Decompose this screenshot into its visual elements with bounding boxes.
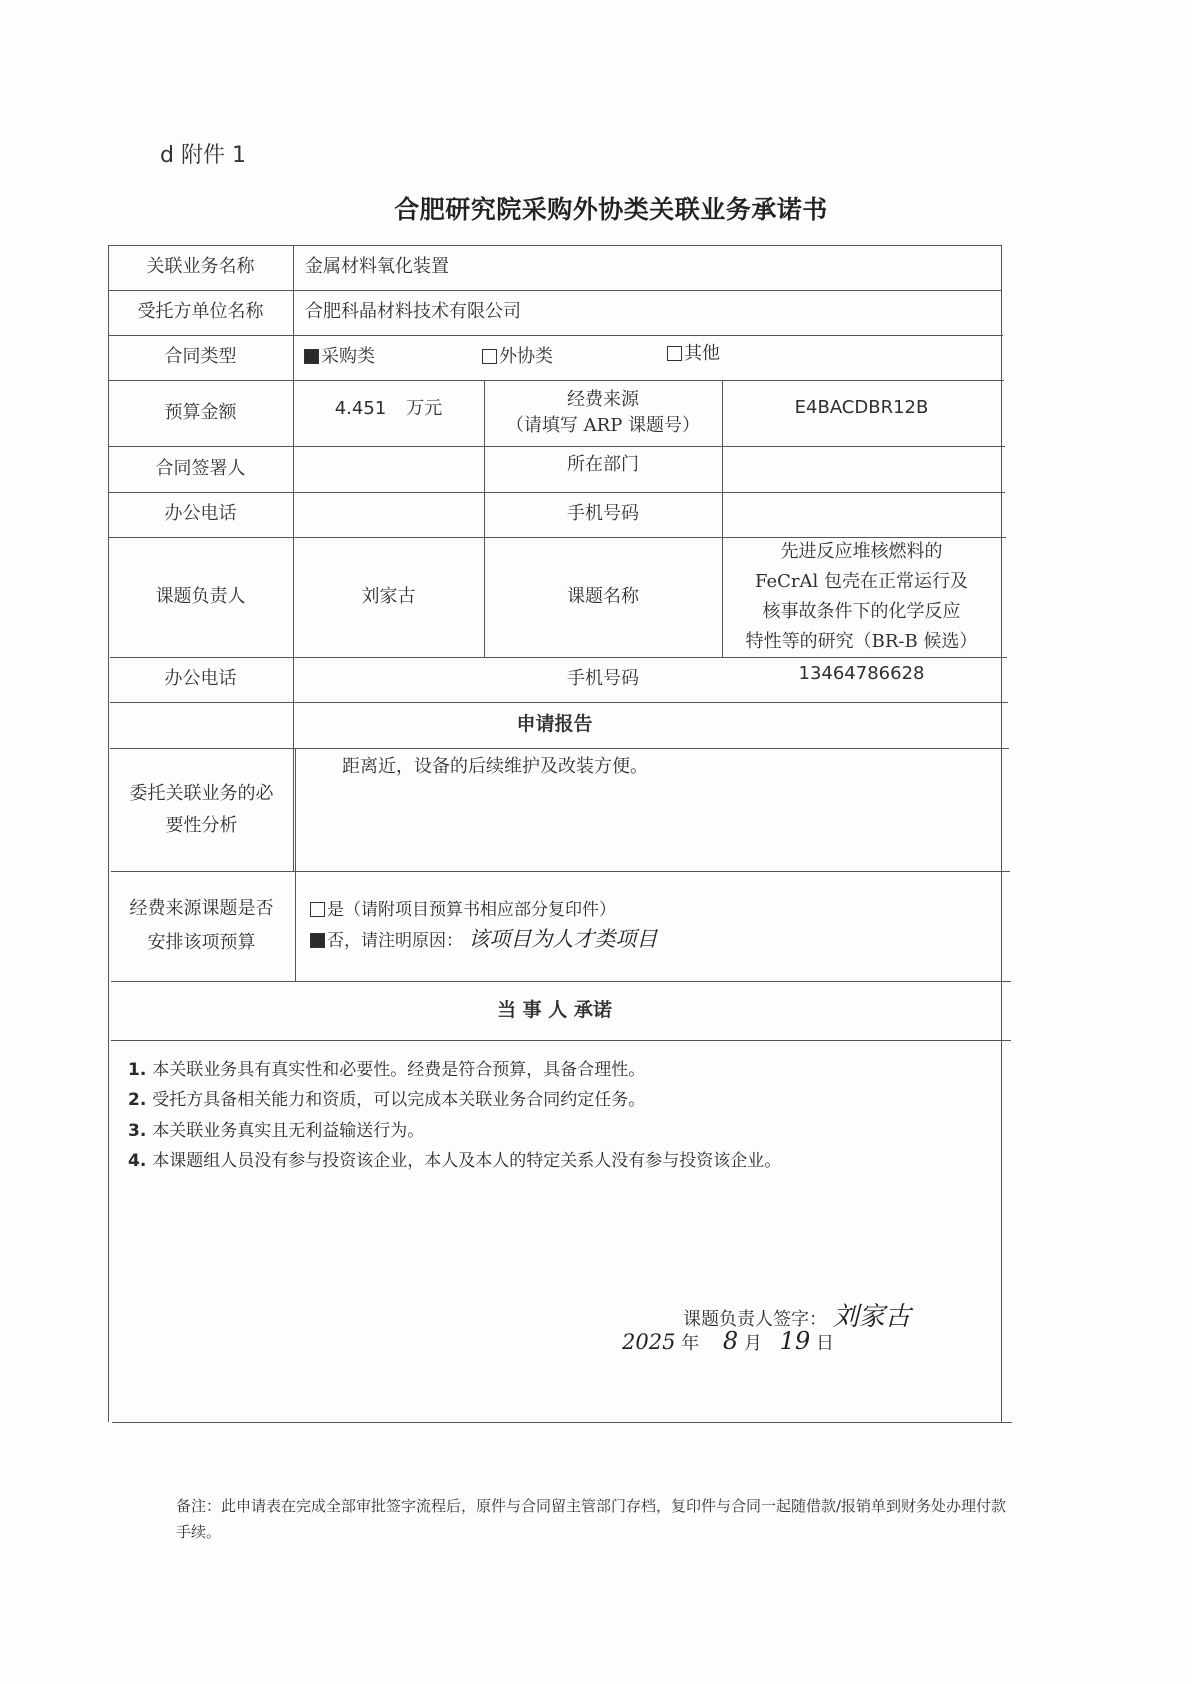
contractor-name-label: 受托方单位名称 xyxy=(108,290,293,335)
project-leader-label: 课题负责人 xyxy=(108,537,293,657)
budget-arranged-yes[interactable]: 是（请附项目预算书相应部分复印件） xyxy=(310,895,616,920)
footnote: 备注：此申请表在完成全部审批签字流程后，原件与合同留主管部门存档，复印件与合同一… xyxy=(176,1493,1016,1545)
contract-signer-value[interactable] xyxy=(293,446,484,492)
budget-arranged-label: 经费来源课题是否 安排该项预算 xyxy=(108,871,295,981)
handwritten-reason: 该项目为人才类项目 xyxy=(468,927,657,951)
budget-unit: 万元 xyxy=(406,396,442,422)
commitment-item: 1.本关联业务具有真实性和必要性。经费是符合预算，具备合理性。 xyxy=(128,1055,645,1080)
budget-amount: 4.451 xyxy=(335,396,387,422)
project-leader-value[interactable]: 刘家古 xyxy=(293,537,484,657)
necessity-label: 委托关联业务的必 要性分析 xyxy=(108,748,295,871)
table-border-bottom xyxy=(112,1422,1012,1423)
commitment-item: 2.受托方具备相关能力和资质，可以完成本关联业务合同约定任务。 xyxy=(128,1085,645,1110)
business-name-value[interactable]: 金属材料氧化装置 xyxy=(293,245,1001,290)
department-label: 所在部门 xyxy=(484,446,722,492)
department-value[interactable] xyxy=(722,446,1001,492)
contract-type-label: 合同类型 xyxy=(108,335,293,380)
mobile-label-1: 手机号码 xyxy=(484,492,722,537)
table-border-right xyxy=(1001,245,1002,1422)
office-phone-value-1[interactable] xyxy=(293,492,484,537)
office-phone-label-2: 办公电话 xyxy=(108,657,293,702)
office-phone-label-1: 办公电话 xyxy=(108,492,293,537)
contract-type-other[interactable]: 其他 xyxy=(667,341,720,367)
contract-type-purchase[interactable]: 采购类 xyxy=(304,344,482,370)
checkbox-checked-icon[interactable] xyxy=(310,933,325,948)
checkbox-unchecked-icon[interactable] xyxy=(310,902,325,917)
checkbox-unchecked-icon[interactable] xyxy=(482,349,497,364)
document-title: 合肥研究院采购外协类关联业务承诺书 xyxy=(0,190,1192,226)
contract-signer-label: 合同签署人 xyxy=(108,446,293,492)
checkbox-checked-icon[interactable] xyxy=(304,349,319,364)
attachment-label: d 附件 1 xyxy=(160,138,246,169)
mobile-value-2[interactable]: 13464786628 xyxy=(722,657,1001,702)
mobile-label-2: 手机号码 xyxy=(484,657,722,702)
budget-value[interactable]: 4.451 万元 xyxy=(293,380,484,446)
budget-arranged-no[interactable]: 否，请注明原因： 该项目为人才类项目 xyxy=(310,923,657,953)
mobile-value-1[interactable] xyxy=(722,492,1001,537)
handwritten-signature: 刘家古 xyxy=(833,1302,911,1332)
office-phone-value-2[interactable] xyxy=(293,657,484,702)
commitment-heading: 当 事 人 承诺 xyxy=(108,981,1001,1040)
contractor-name-value[interactable]: 合肥科晶材料技术有限公司 xyxy=(293,290,1001,335)
necessity-value[interactable]: 距离近，设备的后续维护及改装方便。 xyxy=(342,752,648,778)
checkbox-unchecked-icon[interactable] xyxy=(667,346,682,361)
business-name-label: 关联业务名称 xyxy=(108,245,293,290)
fund-source-value[interactable]: E4BACDBR12B xyxy=(722,380,1001,446)
project-name-value[interactable]: 先进反应堆核燃料的 FeCrAl 包壳在正常运行及 核事故条件下的化学反应 特性… xyxy=(722,537,1001,657)
signature-date: 2025 年 8 月 19 日 xyxy=(622,1327,834,1355)
contract-type-outsource[interactable]: 外协类 xyxy=(482,344,667,370)
fund-source-label: 经费来源 （请填写 ARP 课题号） xyxy=(484,380,722,446)
row-divider xyxy=(111,1040,1011,1041)
application-report-heading: 申请报告 xyxy=(108,702,1001,748)
project-name-label: 课题名称 xyxy=(484,537,722,657)
col-divider-label-lower xyxy=(295,748,296,981)
contract-type-options: 采购类 外协类 其他 xyxy=(293,335,1001,380)
commitment-item: 4.本课题组人员没有参与投资该企业，本人及本人的特定关系人没有参与投资该企业。 xyxy=(128,1146,781,1171)
budget-label: 预算金额 xyxy=(108,380,293,446)
commitment-item: 3.本关联业务真实且无利益输送行为。 xyxy=(128,1116,424,1141)
